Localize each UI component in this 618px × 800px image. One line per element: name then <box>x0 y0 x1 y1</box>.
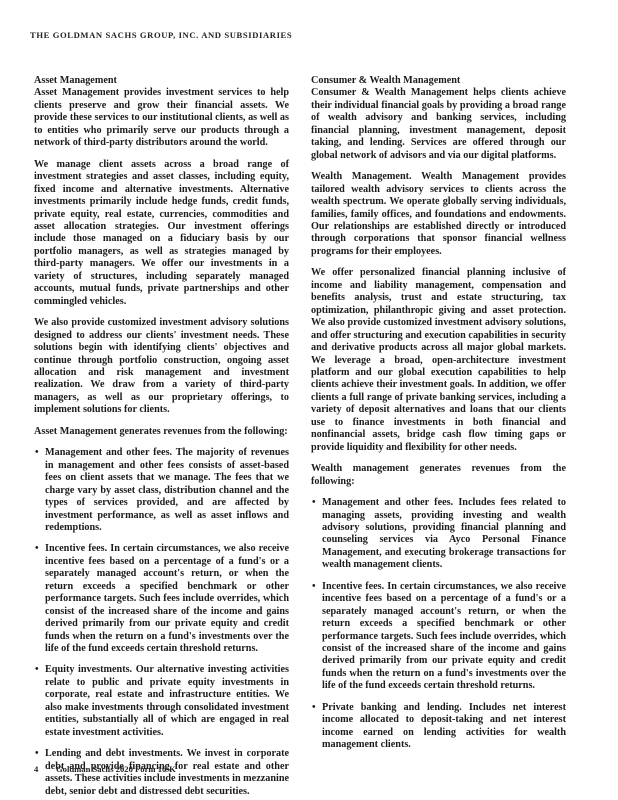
section-title-consumer-wealth: Consumer & Wealth Management <box>311 75 566 87</box>
bullet-text: The majority of revenues in management a… <box>45 447 289 533</box>
wealth-management-paragraph: Wealth Management. Wealth Management pro… <box>311 171 566 258</box>
wealth-management-text: Wealth Management provides tailored weal… <box>311 171 566 257</box>
bullet-lead: Private banking and lending. <box>322 702 462 713</box>
list-item: Management and other fees. The majority … <box>34 447 289 534</box>
publication-name: Goldman Sachs 2020 Form 10-K <box>56 764 176 774</box>
list-item: Equity investments. Our alternative inve… <box>34 664 289 739</box>
bullet-text: In certain circumstances, we also receiv… <box>45 543 289 654</box>
left-column: Asset Management Asset Management provid… <box>34 75 289 800</box>
asset-management-revenue-list: Management and other fees. The majority … <box>34 447 289 798</box>
right-column: Consumer & Wealth Management Consumer & … <box>311 75 566 761</box>
bullet-lead: Incentive fees. <box>45 543 107 554</box>
wealth-planning-paragraph: We offer personalized financial planning… <box>311 267 566 454</box>
list-item: Private banking and lending. Includes ne… <box>311 702 566 752</box>
bullet-lead: Management and other fees. <box>322 497 453 508</box>
consumer-wealth-intro: Consumer & Wealth Management helps clien… <box>311 87 566 162</box>
asset-management-intro: Asset Management provides investment ser… <box>34 87 289 149</box>
wealth-revenue-intro: Wealth management generates revenues fro… <box>311 463 566 488</box>
asset-management-revenue-intro: Asset Management generates revenues from… <box>34 426 289 438</box>
list-item: Management and other fees. Includes fees… <box>311 497 566 572</box>
bullet-lead: Equity investments. <box>45 664 132 675</box>
bullet-lead: Management and other fees. <box>45 447 172 458</box>
wealth-management-lead: Wealth Management. <box>311 171 412 182</box>
bullet-lead: Incentive fees. <box>322 581 384 592</box>
list-item: Incentive fees. In certain circumstances… <box>311 581 566 693</box>
running-head: The Goldman Sachs Group, Inc. and Subsid… <box>30 30 292 40</box>
page-footer: 4Goldman Sachs 2020 Form 10-K <box>34 764 176 774</box>
section-title-asset-management: Asset Management <box>34 75 289 87</box>
wealth-revenue-list: Management and other fees. Includes fees… <box>311 497 566 752</box>
page-number: 4 <box>34 764 56 774</box>
asset-management-advisory: We also provide customized investment ad… <box>34 317 289 417</box>
bullet-text: In certain circumstances, we also receiv… <box>322 581 566 692</box>
asset-management-strategies: We manage client assets across a broad r… <box>34 159 289 308</box>
bullet-lead: Lending and debt investments. <box>45 748 183 759</box>
list-item: Incentive fees. In certain circumstances… <box>34 543 289 655</box>
